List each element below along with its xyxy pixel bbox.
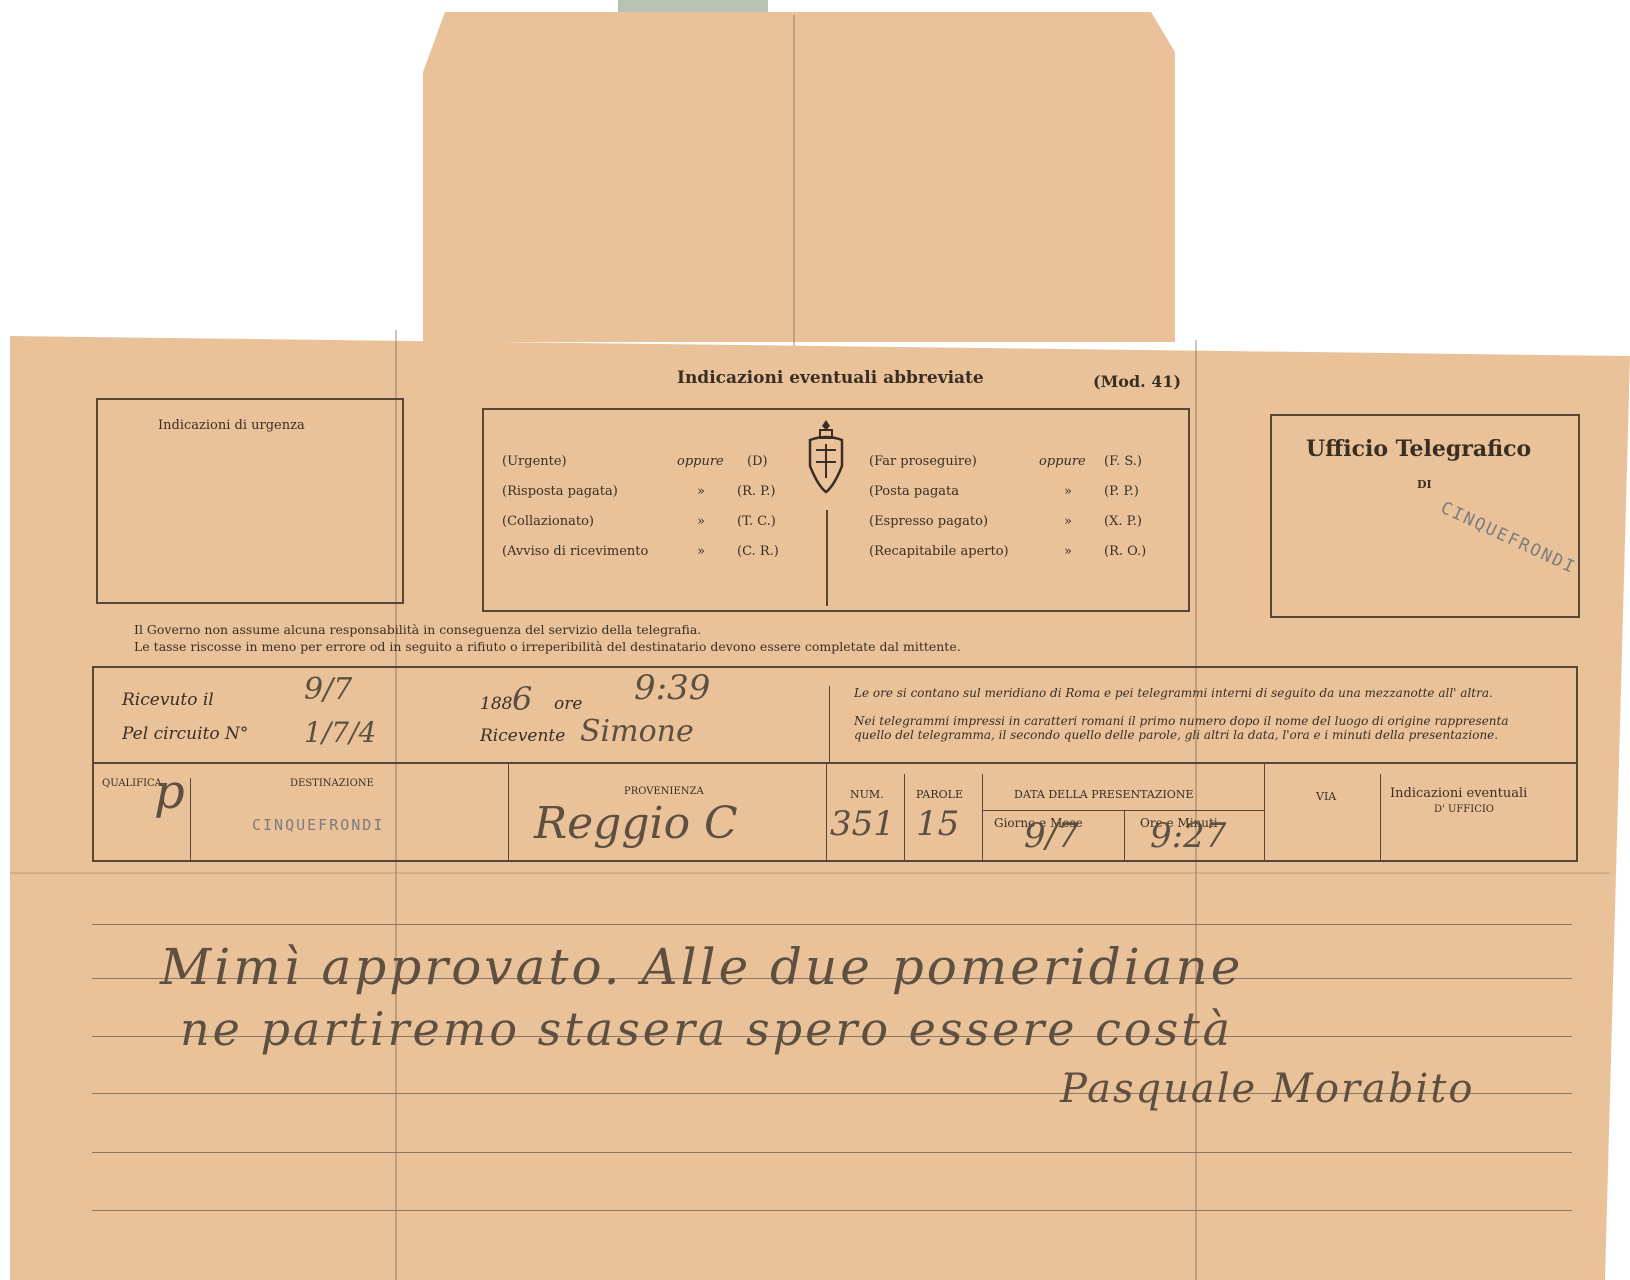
circuit-label: Pel circuito N° [122,724,248,744]
disclaimer-2: Le tasse riscosse in meno per errore od … [134,639,961,654]
col-provenienza: PROVENIENZA [624,786,704,797]
receiver-label: Ricevente [480,726,565,746]
office-stamp: CINQUEFRONDI [1438,498,1580,578]
transmission-table: QUALIFICA p DESTINAZIONE CINQUEFRONDI PR… [92,762,1578,862]
abbr-row: (Urgente) oppure (D) [502,454,792,484]
note-2: Nei telegrammi impressi in caratteri rom… [854,714,1544,742]
received-date: 9/7 [304,672,352,707]
value-qualifica: p [154,764,185,820]
royal-crest-icon [804,416,848,500]
col-d-ufficio: D' UFFICIO [1434,804,1494,815]
receiver-name: Simone [580,714,694,749]
envelope-flap [423,12,1175,342]
abbreviations-box: (Urgente) oppure (D) (Risposta pagata) »… [482,408,1190,612]
receipt-box: Ricevuto il 9/7 Pel circuito N° 1/7/4 18… [92,666,1578,764]
abbreviations-right: (Far proseguire) oppure (F. S.) (Posta p… [869,454,1169,574]
abbr-row: (Risposta pagata) » (R. P.) [502,484,792,514]
value-num: 351 [830,804,895,844]
value-provenienza: Reggio C [534,798,738,849]
flap-tab-remnant [618,0,768,14]
subheader-line [982,810,1264,811]
crest-divider [826,510,828,606]
hour-value: 9:39 [634,668,710,708]
abbr-row: (Avviso di ricevimento » (C. R.) [502,544,792,574]
abbr-row: (Espresso pagato) » (X. P.) [869,514,1169,544]
rule-line [92,924,1572,925]
col-via: VIA [1316,790,1336,803]
note-1: Le ore si contano sul meridiano di Roma … [854,686,1544,700]
circuit-number: 1/7/4 [304,716,376,749]
value-parole: 15 [916,804,959,844]
col-divider [508,764,509,860]
urgency-box: Indicazioni di urgenza [96,398,404,604]
rule-line [92,1152,1572,1153]
message-line-2: ne partiremo stasera spero essere costà [180,1002,1233,1056]
receipt-divider [829,686,830,764]
col-qualifica: QUALIFICA [102,778,162,789]
office-title: Ufficio Telegrafico [1306,436,1531,462]
horizontal-fold [10,872,1610,874]
col-divider [1264,764,1265,860]
col-divider [1124,810,1125,860]
disclaimer-1: Il Governo non assume alcuna responsabil… [134,622,701,637]
col-divider [904,774,905,860]
office-box: Ufficio Telegrafico DI CINQUEFRONDI [1270,414,1580,618]
value-destinazione: CINQUEFRONDI [252,816,384,834]
rule-line [92,1210,1572,1211]
abbreviations-left: (Urgente) oppure (D) (Risposta pagata) »… [502,454,792,574]
header-title: Indicazioni eventuali abbreviate [677,368,984,388]
col-num: NUM. [850,788,884,801]
message-signature: Pasquale Morabito [1060,1066,1474,1112]
col-destinazione: DESTINAZIONE [290,778,374,789]
abbr-row: (Recapitabile aperto) » (R. O.) [869,544,1169,574]
message-line-1: Mimì approvato. Alle due pomeridiane [160,938,1243,996]
value-ore-minuti: 9:27 [1150,816,1226,856]
col-divider [982,774,983,860]
year-handwritten: 6 [512,680,532,718]
value-giorno-mese: 9/7 [1024,816,1079,856]
abbr-row: (Posta pagata » (P. P.) [869,484,1169,514]
model-number: (Mod. 41) [1093,372,1181,391]
col-data-presentazione: DATA DELLA PRESENTAZIONE [1014,788,1193,801]
abbr-row: (Far proseguire) oppure (F. S.) [869,454,1169,484]
col-divider [826,764,827,860]
received-label: Ricevuto il [122,690,214,710]
col-divider [1380,774,1381,860]
col-parole: PAROLE [916,788,963,801]
col-indicazioni-ufficio: Indicazioni eventuali [1390,786,1527,801]
col-divider [190,778,191,860]
hour-label: ore [554,694,582,714]
urgency-label: Indicazioni di urgenza [158,418,305,433]
year-prefix: 188 [480,694,512,714]
office-di: DI [1417,478,1432,491]
abbr-row: (Collazionato) » (T. C.) [502,514,792,544]
